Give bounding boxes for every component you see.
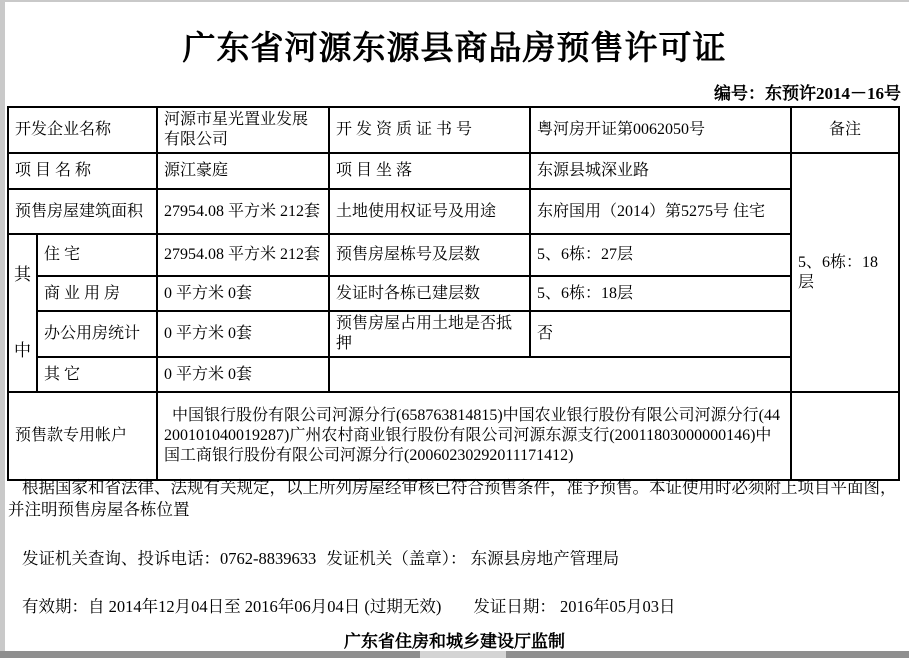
other-empty-cell <box>329 357 791 392</box>
residential-label: 住 宅 <box>37 234 157 276</box>
built-floors-value: 5、6栋：18层 <box>530 276 791 311</box>
residential-value: 27954.08 平方米 212套 <box>157 234 329 276</box>
group-label-inner: 其 中 <box>15 238 30 389</box>
row-escrow-account: 预售款专用帐户 中国银行股份有限公司河源分行(658763814815)中国农业… <box>8 392 899 480</box>
remark-header: 备注 <box>791 107 899 153</box>
location-value: 东源县城深业路 <box>530 153 791 189</box>
row-floor-area: 预售房屋建筑面积 27954.08 平方米 212套 土地使用权证号及用途 东府… <box>8 189 899 234</box>
approval-notice: 根据国家和省法律、法规有关规定，以上所列房屋经审核已符合预售条件，准予预售。本证… <box>8 477 901 521</box>
land-cert-value: 东府国用（2014）第5275号 住宅 <box>530 189 791 234</box>
floor-area-value: 27954.08 平方米 212套 <box>157 189 329 234</box>
row-commercial: 商 业 用 房 0 平方米 0套 发证时各栋已建层数 5、6栋：18层 <box>8 276 899 311</box>
group-char-2: 中 <box>14 341 31 361</box>
mortgage-value: 否 <box>530 311 791 357</box>
doc-number-line: 编号：东预许2014－16号 <box>714 79 901 104</box>
issue-date: 发证日期： 2016年05月03日 <box>473 597 675 616</box>
escrow-account-value: 中国银行股份有限公司河源分行(658763814815)中国农业银行股份有限公司… <box>157 392 791 480</box>
office-value: 0 平方米 0套 <box>157 311 329 357</box>
row-office: 办公用房统计 0 平方米 0套 预售房屋占用土地是否抵押 否 <box>8 311 899 357</box>
page-top-edge <box>0 0 909 2</box>
page-left-edge <box>0 0 5 658</box>
project-name-value: 源江豪庭 <box>157 153 329 189</box>
group-label-qizhong: 其 中 <box>8 234 37 392</box>
escrow-remark-empty <box>791 392 899 480</box>
validity-period: 有效期：自 2014年12月04日至 2016年06月04日 (过期无效) <box>22 597 441 616</box>
certificate-title: 广东省河源东源县商品房预售许可证 <box>0 22 909 69</box>
office-label: 办公用房统计 <box>37 311 157 357</box>
built-floors-label: 发证时各栋已建层数 <box>329 276 530 311</box>
contact-phone: 发证机关查询、投诉电话：0762-8839633 <box>22 549 316 568</box>
contact-line: 发证机关查询、投诉电话：0762-8839633发证机关（盖章）： 东源县房地产… <box>22 545 619 569</box>
mortgage-label: 预售房屋占用土地是否抵押 <box>329 311 530 357</box>
remark-note: 5、6栋：18层 <box>791 153 899 392</box>
developer-value: 河源市星光置业发展有限公司 <box>157 107 329 153</box>
horizontal-scrollbar[interactable] <box>0 651 909 658</box>
project-name-label: 项 目 名 称 <box>8 153 157 189</box>
group-char-1: 其 <box>14 265 31 285</box>
qualification-label: 开 发 资 质 证 书 号 <box>329 107 530 153</box>
row-developer: 开发企业名称 河源市星光置业发展有限公司 开 发 资 质 证 书 号 粤河房开证… <box>8 107 899 153</box>
certificate-table: 开发企业名称 河源市星光置业发展有限公司 开 发 资 质 证 书 号 粤河房开证… <box>7 106 900 481</box>
building-floors-value: 5、6栋：27层 <box>530 234 791 276</box>
row-other: 其 它 0 平方米 0套 <box>8 357 899 392</box>
commercial-label: 商 业 用 房 <box>37 276 157 311</box>
floor-area-label: 预售房屋建筑面积 <box>8 189 157 234</box>
land-cert-label: 土地使用权证号及用途 <box>329 189 530 234</box>
location-label: 项 目 坐 落 <box>329 153 530 189</box>
developer-label: 开发企业名称 <box>8 107 157 153</box>
row-residential: 其 中 住 宅 27954.08 平方米 212套 预售房屋栋号及层数 5、6栋… <box>8 234 899 276</box>
other-label: 其 它 <box>37 357 157 392</box>
scrollbar-thumb[interactable] <box>420 651 506 658</box>
doc-number-value: 东预许2014－16号 <box>765 84 901 103</box>
doc-number-label: 编号： <box>714 84 765 103</box>
building-floors-label: 预售房屋栋号及层数 <box>329 234 530 276</box>
commercial-value: 0 平方米 0套 <box>157 276 329 311</box>
issuing-authority: 发证机关（盖章）： 东源县房地产管理局 <box>326 549 619 568</box>
validity-line: 有效期：自 2014年12月04日至 2016年06月04日 (过期无效)发证日… <box>22 593 676 617</box>
escrow-account-label: 预售款专用帐户 <box>8 392 157 480</box>
qualification-value: 粤河房开证第0062050号 <box>530 107 791 153</box>
supervising-authority: 广东省住房和城乡建设厅监制 <box>0 627 909 652</box>
row-project-name: 项 目 名 称 源江豪庭 项 目 坐 落 东源县城深业路 5、6栋：18层 <box>8 153 899 189</box>
other-value: 0 平方米 0套 <box>157 357 329 392</box>
certificate-page: 广东省河源东源县商品房预售许可证 编号：东预许2014－16号 开发企业名称 河… <box>0 0 909 658</box>
